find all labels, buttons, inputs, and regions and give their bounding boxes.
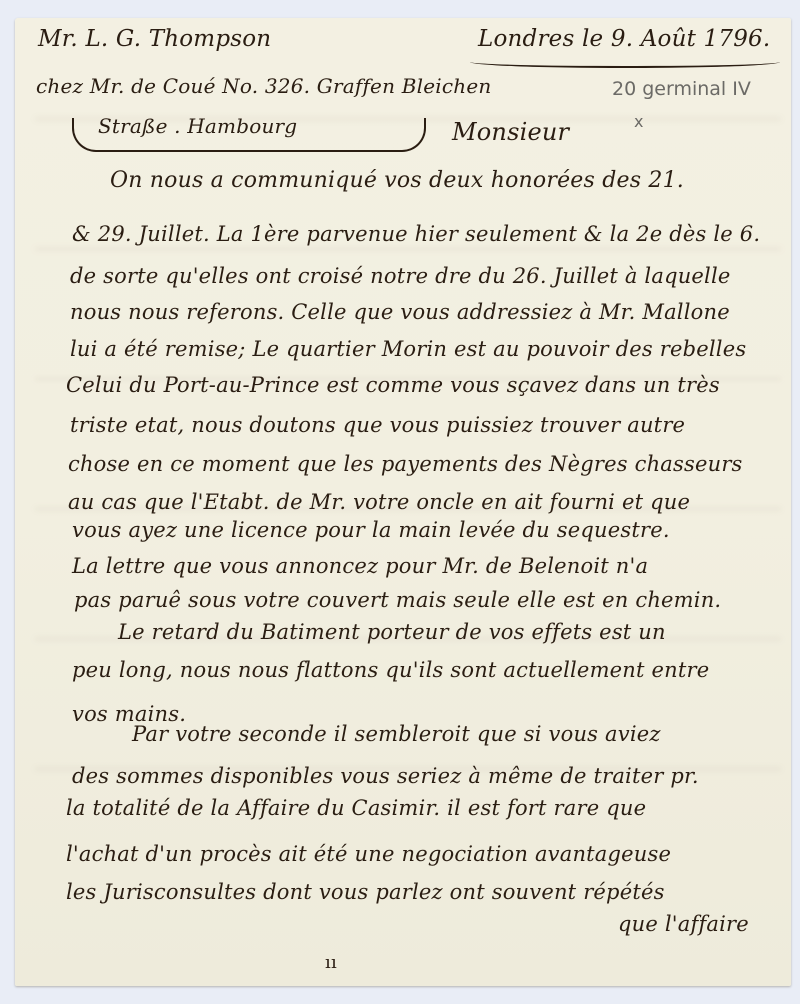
body-line: peu long, nous nous flattons qu'ils sont… [72, 658, 709, 682]
body-line: les Jurisconsultes dont vous parlez ont … [66, 880, 665, 904]
body-line: l'achat d'un procès ait été une negociat… [66, 842, 671, 866]
salutation: Monsieur [452, 118, 569, 146]
body-line: vous ayez une licence pour la main levée… [72, 518, 670, 542]
body-line: Celui du Port-au-Prince est comme vous s… [66, 373, 720, 397]
show-through-texture [35, 248, 781, 250]
body-line: des sommes disponibles vous seriez à mêm… [72, 764, 699, 788]
address-bracket-swash [72, 118, 426, 152]
archival-note: 20 germinal IV [612, 78, 751, 100]
body-line: pas paruê sous votre couvert mais seule … [74, 588, 721, 612]
body-line: & 29. Juillet. La 1ère parvenue hier seu… [72, 222, 760, 246]
body-line: lui a été remise; Le quartier Morin est … [70, 337, 746, 361]
page-mark: ıı [325, 952, 337, 973]
pencil-mark: x [634, 112, 643, 131]
body-line-catchword: que l'affaire [618, 912, 749, 936]
body-line: Par votre seconde il sembleroit que si v… [132, 722, 661, 746]
body-line: La lettre que vous annoncez pour Mr. de … [72, 554, 648, 578]
addressee-name: Mr. L. G. Thompson [38, 26, 271, 52]
body-line: On nous a communiqué vos deux honorées d… [110, 168, 684, 193]
body-line: nous nous referons. Celle que vous addre… [70, 300, 730, 324]
body-line: triste etat, nous doutons que vous puiss… [70, 413, 685, 437]
body-line: au cas que l'Etabt. de Mr. votre oncle e… [68, 490, 690, 514]
place-date: Londres le 9. Août 1796. [478, 26, 770, 52]
body-line: la totalité de la Affaire du Casimir. il… [66, 796, 646, 820]
body-line: de sorte qu'elles ont croisé notre dre d… [70, 264, 731, 288]
address-line-1: chez Mr. de Coué No. 326. Graffen Bleich… [36, 74, 491, 98]
date-underline-swash [470, 56, 780, 68]
body-line: Le retard du Batiment porteur de vos eff… [118, 620, 666, 644]
body-line: chose en ce moment que les payements des… [68, 452, 743, 476]
